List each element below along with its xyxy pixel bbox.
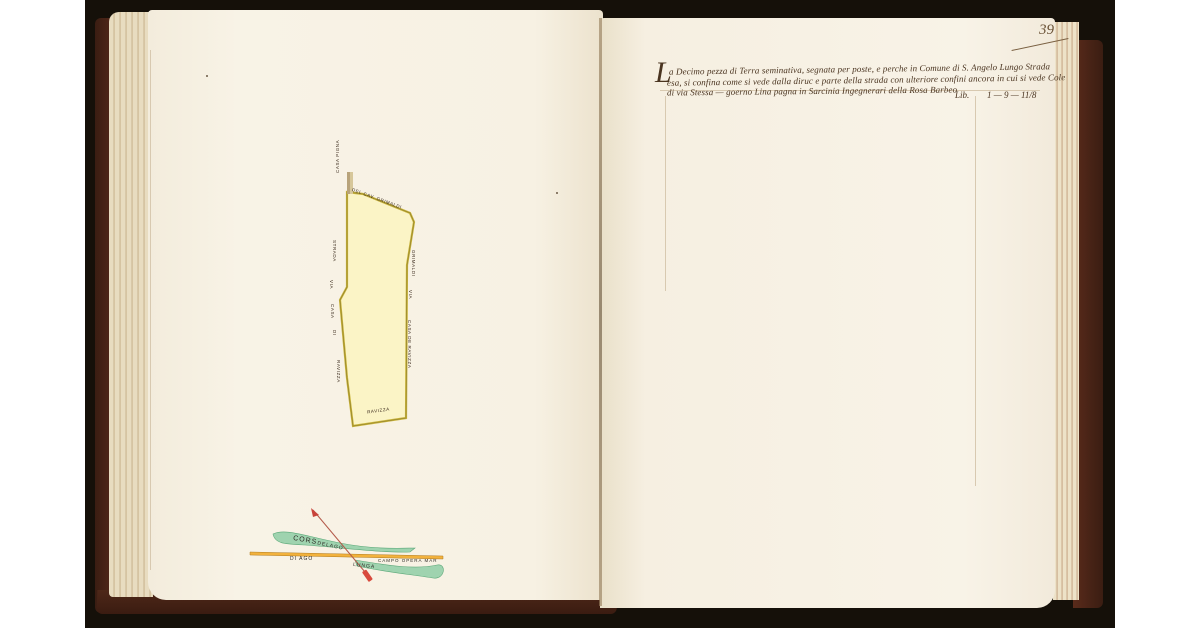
compass-label-5: CAMPO OPERA MAR: [378, 558, 438, 563]
label-left-middle: VIA: [329, 280, 334, 289]
label-right-lower: CASA DE RAVIZZA: [407, 320, 412, 368]
book-photo: 39 L a Decimo pezza di Terra seminativa,…: [85, 0, 1115, 628]
label-top-corner-a: CASA PIGNA: [335, 140, 340, 173]
parcel-shape: [340, 192, 414, 426]
label-left-lower-a: CASA: [330, 304, 335, 319]
label-left-upper: STRADA: [332, 240, 337, 262]
label-left-bottom: RAVIZZA: [336, 360, 341, 383]
parcel-map: [85, 0, 1115, 628]
road-strip: [347, 172, 350, 194]
compass-needle-tail: [362, 569, 373, 582]
label-right-upper: GRIMALDI: [411, 250, 416, 277]
compass-label-3: DI AGO: [290, 556, 313, 562]
label-left-lower-b: DI: [332, 330, 337, 336]
label-right-middle: VIA: [408, 290, 413, 299]
